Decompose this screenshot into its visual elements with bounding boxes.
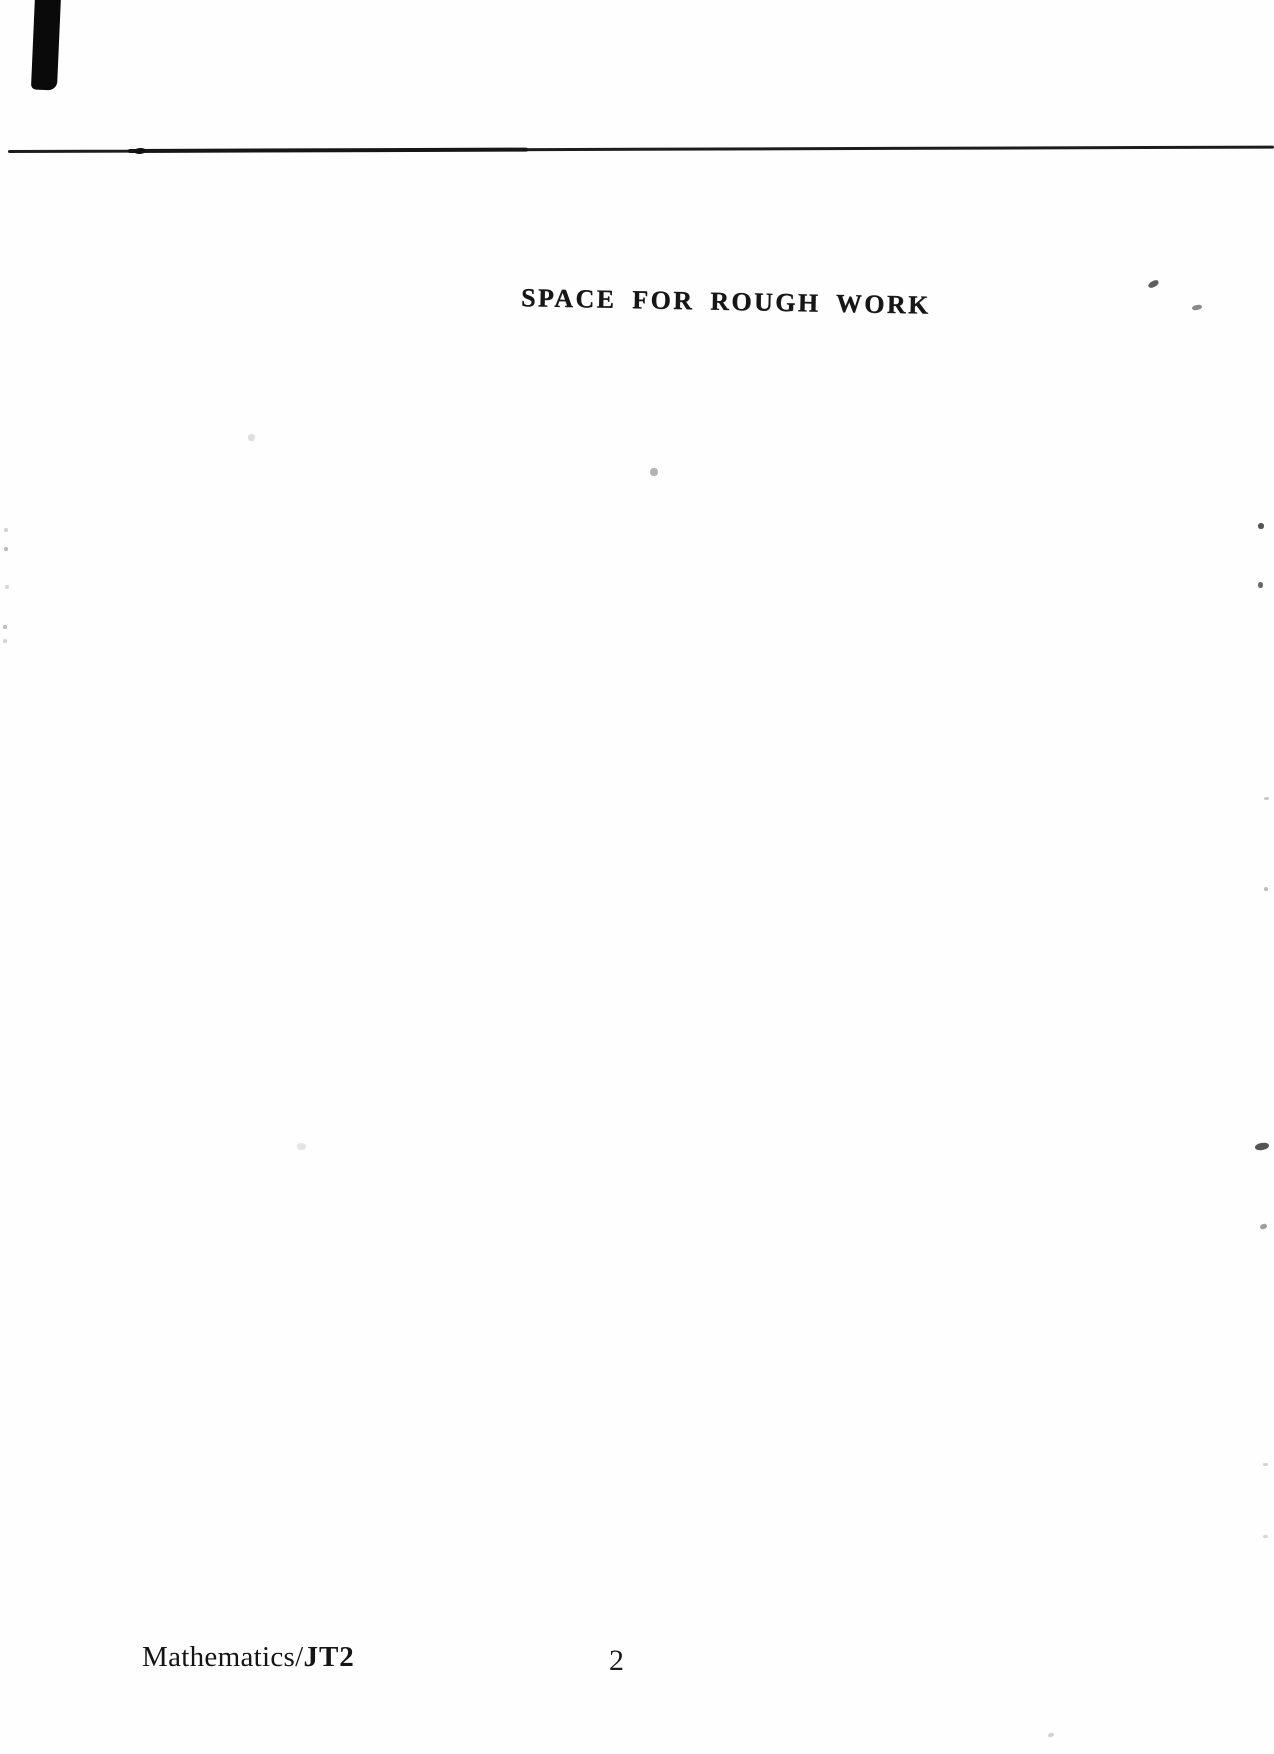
scan-speck: [1258, 582, 1263, 588]
scan-speck: [3, 625, 7, 629]
scan-speck: [5, 585, 9, 589]
footer-subject-regular: Mathematics/: [142, 1641, 303, 1673]
scan-speck: [1258, 523, 1264, 529]
scan-speck: [1259, 1223, 1267, 1230]
scan-speck: [3, 639, 7, 643]
scan-speck: [650, 468, 658, 476]
scan-speck: [4, 547, 8, 551]
scan-speck: [1147, 279, 1160, 289]
scan-speck: [1263, 1535, 1268, 1538]
page-number: 2: [609, 1644, 624, 1678]
scan-corner-artifact: [31, 0, 61, 91]
scanned-document-page: SPACE FOR ROUGH WORK Mathematics/JT2 2: [0, 0, 1274, 1754]
scan-speck: [1264, 797, 1269, 800]
scan-speck: [248, 434, 255, 441]
scan-speck: [1047, 1732, 1054, 1738]
scan-speck: [4, 528, 8, 532]
scan-speck: [1254, 1142, 1269, 1151]
scan-speck: [297, 1143, 306, 1150]
footer-paper-code: JT2: [303, 1641, 354, 1673]
rough-work-heading: SPACE FOR ROUGH WORK: [521, 283, 931, 321]
scan-speck: [1263, 1463, 1268, 1466]
header-rule-ink-blob: [134, 148, 146, 155]
header-rule-line-thick-segment: [128, 148, 528, 153]
footer-subject-label: Mathematics/JT2: [142, 1641, 355, 1674]
scan-speck: [1192, 304, 1203, 311]
scan-speck: [1264, 887, 1268, 891]
